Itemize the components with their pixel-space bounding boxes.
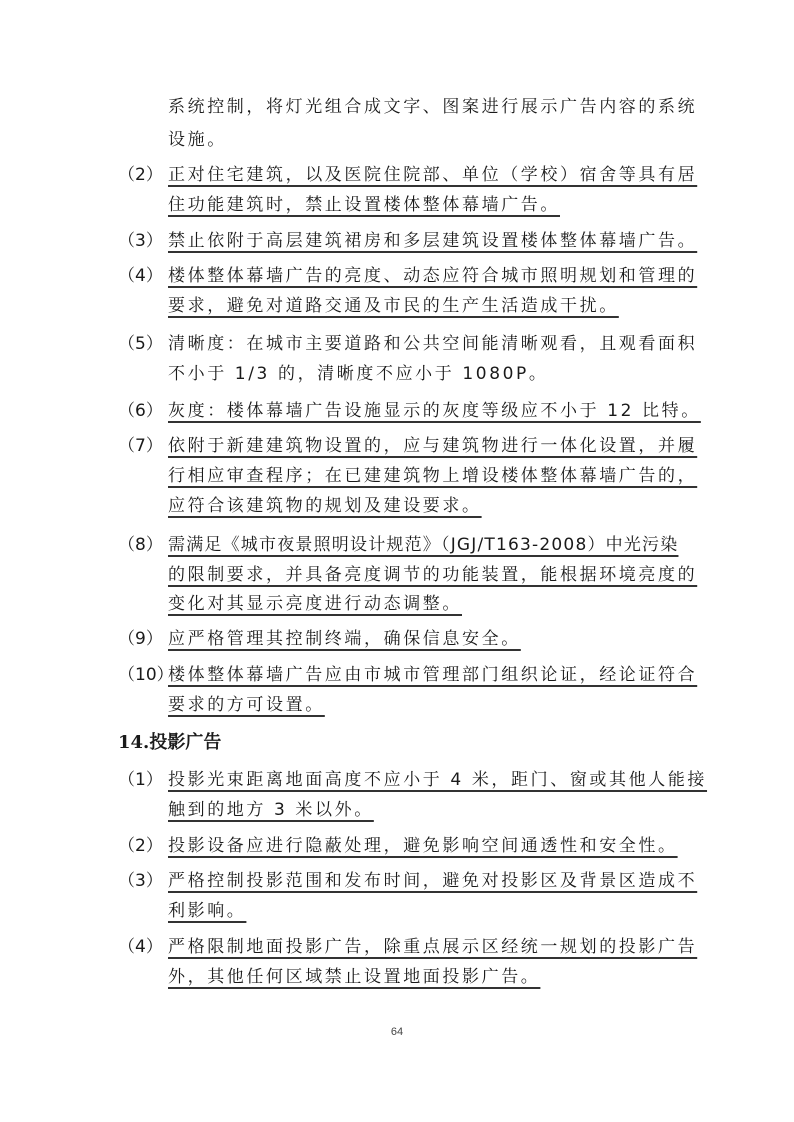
list-item-line: 行相应审查程序；在已建建筑物上增设楼体整体幕墙广告的， [168,465,674,487]
list-item-line: 严格限制地面投影广告，除重点展示区经统一规划的投影广告 [168,936,674,958]
list-item-line: 楼体整体幕墙广告的亮度、动态应符合城市照明规划和管理的 [168,265,674,287]
list-item-line: 依附于新建建筑物设置的，应与建筑物进行一体化设置，并履 [168,435,674,457]
list-item-line: 禁止依附于高层建筑裙房和多层建筑设置楼体整体幕墙广告。 [168,230,674,252]
list-item-line: 不小于 1/3 的，清晰度不应小于 1080P。 [168,363,674,385]
list-marker: （3） [118,870,163,892]
section-heading: 14.投影广告 [118,731,221,755]
list-item-line: 触到的地方 3 米以外。 [168,799,674,821]
list-item-line: 清晰度：在城市主要道路和公共空间能清晰观看，且观看面积 [168,333,674,355]
list-item-line: 的限制要求，并具备亮度调节的功能装置，能根据环境亮度的 [168,564,674,586]
list-marker: （6） [118,400,163,422]
document-page: 系统控制，将灯光组合成文字、图案进行展示广告内容的系统 设施。 （2） 正对住宅… [0,0,794,1122]
list-item-line: 投影光束距离地面高度不应小于 4 米，距门、窗或其他人能接 [168,769,674,791]
list-marker: （2） [118,835,163,857]
list-item-line: 住功能建筑时，禁止设置楼体整体幕墙广告。 [168,194,674,216]
list-item-line: 正对住宅建筑，以及医院住院部、单位（学校）宿舍等具有居 [168,164,674,186]
list-item-line: 应严格管理其控制终端，确保信息安全。 [168,628,674,650]
list-marker: （4） [118,265,163,287]
list-marker: （5） [118,333,163,355]
list-marker: （3） [118,230,163,252]
list-marker: （9） [118,628,163,650]
paragraph-line: 设施。 [168,129,674,151]
list-marker: （1） [118,769,163,791]
list-item-line: 应符合该建筑物的规划及建设要求。 [168,495,674,517]
list-item-line: 要求，避免对道路交通及市民的生产生活造成干扰。 [168,295,674,317]
list-item-line: 利影响。 [168,900,674,922]
list-item-line: 要求的方可设置。 [168,694,674,716]
list-marker: （10） [118,664,174,686]
paragraph-line: 系统控制，将灯光组合成文字、图案进行展示广告内容的系统 [168,96,674,118]
list-marker: （4） [118,936,163,958]
page-number: 64 [0,1026,794,1038]
list-item-line: 灰度：楼体幕墙广告设施显示的灰度等级应不小于 12 比特。 [168,400,674,422]
list-marker: （7） [118,435,163,457]
list-item-line: 需满足《城市夜景照明设计规范》（JGJ/T163-2008）中光污染 [168,534,674,556]
list-item-line: 变化对其显示亮度进行动态调整。 [168,593,674,615]
list-item-line: 楼体整体幕墙广告应由市城市管理部门组织论证，经论证符合 [168,664,674,686]
list-marker: （8） [118,534,163,556]
list-item-line: 严格控制投影范围和发布时间，避免对投影区及背景区造成不 [168,870,674,892]
list-item-line: 投影设备应进行隐蔽处理，避免影响空间通透性和安全性。 [168,835,674,857]
list-marker: （2） [118,164,163,186]
list-item-line: 外，其他任何区域禁止设置地面投影广告。 [168,966,674,988]
